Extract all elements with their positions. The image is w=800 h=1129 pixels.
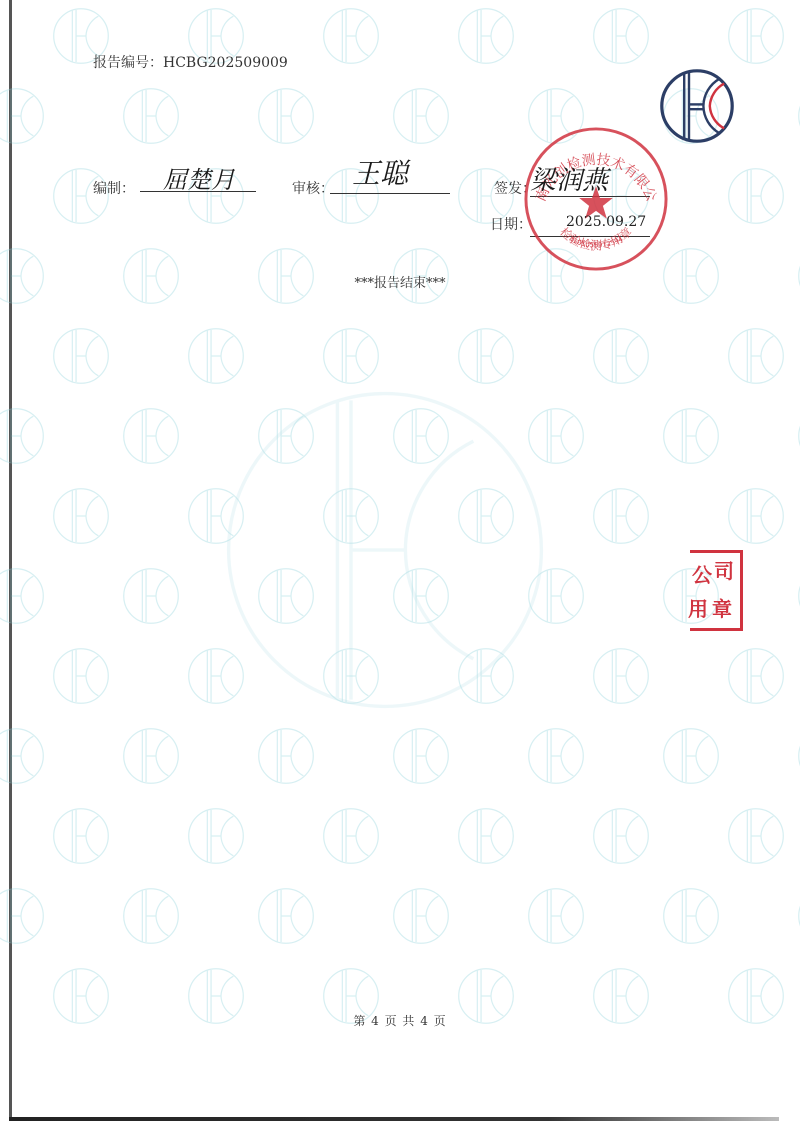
watermark-logo-icon bbox=[50, 485, 112, 547]
watermark-logo-icon bbox=[725, 645, 787, 707]
reviewed-signature-line bbox=[330, 193, 450, 194]
report-number-value: HCBG202509009 bbox=[163, 55, 288, 71]
report-end-marker: ***报告结束*** bbox=[0, 272, 800, 291]
watermark-logo-icon bbox=[795, 565, 800, 627]
watermark-logo-icon bbox=[590, 805, 652, 867]
watermark-logo-icon bbox=[120, 405, 182, 467]
watermark-logo-icon bbox=[0, 725, 47, 787]
watermark-logo-icon bbox=[320, 5, 382, 67]
watermark-logo-icon bbox=[320, 805, 382, 867]
watermark-logo-icon bbox=[795, 85, 800, 147]
watermark-logo-icon bbox=[725, 165, 787, 227]
watermark-logo-icon bbox=[0, 885, 47, 947]
watermark-logo-icon bbox=[660, 725, 722, 787]
watermark-logo-icon bbox=[120, 85, 182, 147]
watermark-logo-icon bbox=[390, 725, 452, 787]
page-number-footer: 第 4 页 共 4 页 bbox=[0, 1012, 800, 1029]
seam-stamp: 公 司 用 章 bbox=[690, 550, 743, 631]
watermark-logo-icon bbox=[255, 885, 317, 947]
seam-stamp-char: 章 bbox=[712, 593, 732, 622]
reviewed-signature: 王聪 bbox=[352, 152, 408, 192]
watermark-logo-icon bbox=[255, 725, 317, 787]
watermark-logo-icon bbox=[590, 325, 652, 387]
watermark-logo-icon bbox=[390, 85, 452, 147]
date-value: 2025.09.27 bbox=[566, 214, 646, 230]
prepared-label: 编制： bbox=[93, 178, 135, 198]
reviewed-label: 审核： bbox=[292, 178, 334, 198]
watermark-logo-icon bbox=[590, 485, 652, 547]
watermark-logo-icon bbox=[660, 885, 722, 947]
official-seal-stamp: 河南光创检测技术有限公司 检验检测专用章 4101055912594 bbox=[522, 125, 670, 273]
watermark-logo-icon bbox=[725, 325, 787, 387]
watermark-logo-icon bbox=[455, 325, 517, 387]
watermark-logo-icon bbox=[725, 485, 787, 547]
watermark-logo-icon bbox=[255, 85, 317, 147]
watermark-logo-icon bbox=[795, 885, 800, 947]
watermark-logo-icon bbox=[0, 405, 47, 467]
report-number-label: 报告编号： bbox=[93, 55, 163, 71]
watermark-logo-icon bbox=[590, 645, 652, 707]
watermark-logo-icon bbox=[50, 805, 112, 867]
watermark-logo-icon bbox=[320, 325, 382, 387]
watermark-logo-icon bbox=[120, 725, 182, 787]
scan-bottom-edge bbox=[9, 1117, 779, 1121]
watermark-logo-icon bbox=[590, 5, 652, 67]
watermark-logo-icon bbox=[455, 805, 517, 867]
watermark-logo-icon bbox=[50, 645, 112, 707]
watermark-logo-icon bbox=[660, 405, 722, 467]
watermark-logo-icon bbox=[50, 325, 112, 387]
seam-stamp-char: 公 bbox=[692, 559, 712, 588]
seam-stamp-char: 司 bbox=[714, 555, 734, 584]
watermark-logo-icon bbox=[0, 85, 47, 147]
watermark-logo-icon bbox=[725, 5, 787, 67]
scan-left-edge bbox=[9, 0, 12, 1120]
watermark-logo-icon bbox=[795, 405, 800, 467]
watermark-logo-icon bbox=[525, 725, 587, 787]
watermark-logo-icon bbox=[725, 805, 787, 867]
watermark-logo-icon bbox=[185, 805, 247, 867]
watermark-logo-icon bbox=[455, 5, 517, 67]
watermark-logo-icon bbox=[390, 885, 452, 947]
large-watermark-logo-icon bbox=[215, 380, 555, 720]
seam-stamp-char: 用 bbox=[688, 593, 708, 622]
report-number: 报告编号：HCBG202509009 bbox=[93, 52, 288, 72]
watermark-logo-icon bbox=[525, 885, 587, 947]
watermark-logo-icon bbox=[185, 325, 247, 387]
prepared-signature-line bbox=[140, 191, 256, 192]
prepared-signature: 屈楚月 bbox=[163, 160, 235, 195]
watermark-logo-icon bbox=[120, 885, 182, 947]
watermark-logo-icon bbox=[120, 565, 182, 627]
watermark-logo-icon bbox=[795, 725, 800, 787]
approved-signature: 梁润燕 bbox=[530, 160, 608, 197]
watermark-logo-icon bbox=[0, 565, 47, 627]
